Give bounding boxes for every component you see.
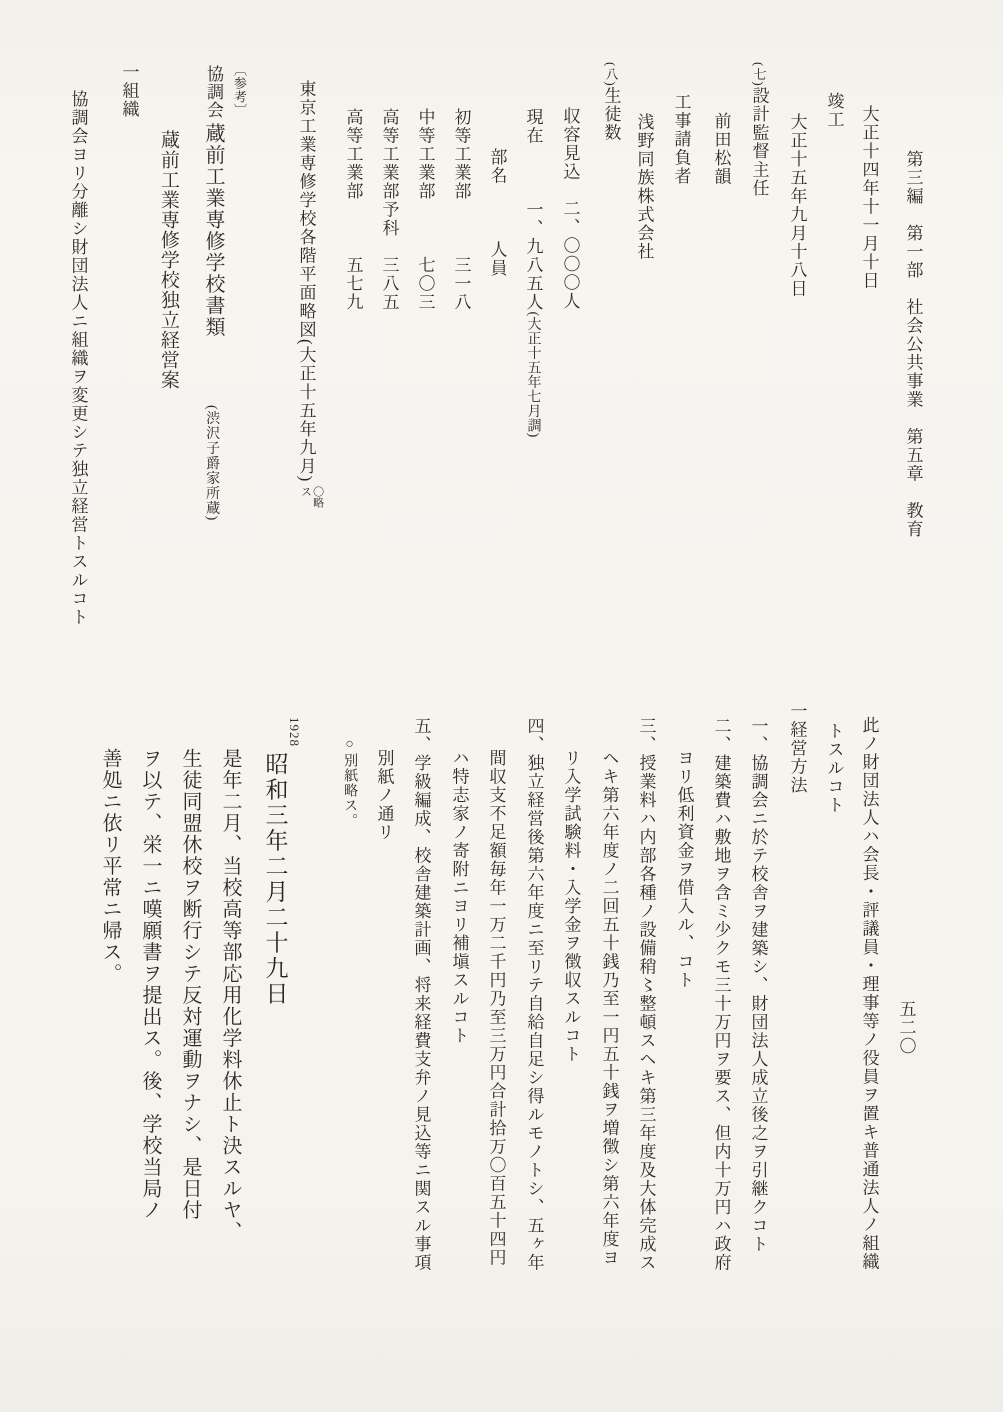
attachment-note: ○別紙略ス。 [341,737,357,828]
organization-text-2: 此ノ財団法人ハ会長・評議員・理事等ノ役員ヲ置キ普通法人ノ組織 [859,716,879,1271]
supervisor-number: (七) [752,62,767,87]
running-header: 第三編 第一部 社会公共事業 第五章 教育 [903,150,923,539]
management-item: 一、協調会ニ於テ校舎ヲ建築シ、財団法人成立後之ヲ引継クコト [748,717,768,1254]
supervisor-label: 設計監督主任 [750,87,769,198]
entry-line: 是年二月、当校高等部応用化学料休止ト決スルヤ、 [218,748,241,1243]
students-section-label: 生徒数 [602,87,621,143]
management-item: 三、授業料ハ内部各種ノ設備稍〻整頓スヘキ第三年度及大体完成ス [636,717,656,1272]
contractor-name: 浅野同族株式会社 [634,113,654,261]
management-item: ハ特志家ノ寄附ニヨリ補塡スルコト [449,749,469,1045]
table-row: 高等工業部 五七九 [343,108,363,312]
floorplan-note-left: ス [299,486,311,508]
organization-text-1: 協調会ヨリ分離シ財団法人ニ組織ヲ変更シテ独立経営トスルコト [68,90,88,627]
reference-org: 協調会 [204,65,223,119]
reference-doc-title: 蔵前工業専修学校書類 [202,123,224,338]
table-row: 初等工業部 三一八 [451,108,471,312]
reference-source: (渋沢子爵家所蔵) [203,405,219,521]
completion-label: 竣工 [824,92,844,129]
management-item: ヨリ低利資金ヲ借入ル、コト [674,749,694,990]
entry-line: 生徒同盟休校ヲ断行シテ反対運動ヲナシ、是日付 [178,748,201,1221]
floorplan-note-right: 〇略 [312,486,324,508]
management-item: ヘキ第六年度ノ二回五十銭乃至一円五十銭ヲ増徴シ第六年度ヨ [599,749,619,1267]
reference-title-column: 協調会蔵前工業専修学校書類 [201,65,224,338]
management-item: 間収支不足額毎年一万二千円乃至三万円合計拾万〇百五十四円 [486,749,506,1267]
entry-date: 昭和三年二月二十九日 [261,752,287,1007]
supervisor-name: 前田松韻 [711,112,731,186]
current-value: 現在 一、九八五人 [524,108,543,312]
management-item: 二、建築費ハ敷地ヲ含ミ少クモ三十万円ヲ要ス、但内十万円ハ政府 [711,717,731,1272]
entry-line: 善処ニ依リ平常ニ帰ス。 [98,748,121,985]
students-section-number: (八) [604,62,619,87]
management-item: 五、学級編成、校舎建築計画、将来経費支弁ノ見込等ニ関スル事項 [411,717,431,1272]
page-number: 五二〇 [896,1000,916,1056]
table-row: 中等工業部 七〇三 [415,108,435,312]
entry-line: ヲ以テ、栄一ニ嘆願書ヲ提出ス。後、学校当局ノ [138,748,161,1221]
floorplan-omitted-note: 〇略ス [299,486,323,508]
completion-date: 大正十五年九月十八日 [787,113,807,298]
organization-text-3: トスルコト [824,722,844,815]
plan-title: 蔵前工業専修学校独立経営案 [157,130,179,390]
year-label: 1928 [286,717,301,747]
management-item: 別紙ノ通リ [374,749,394,842]
contractor-label: 工事請負者 [671,93,691,186]
management-item: 四、独立経営後第六年度ニ至リテ自給自足シ得ルモノトシ、五ヶ年 [524,717,544,1272]
table-header: 部名 人員 [487,148,507,278]
management-item: リ入学試験料・入学金ヲ徴収スルコト [561,749,581,1064]
table-row: 高等工業部予科 三八五 [379,108,399,312]
capacity-line: 収容見込 二、〇〇〇人 [560,107,580,311]
organization-heading: 一組織 [119,63,139,119]
students-section: (八)生徒数 [601,62,621,142]
construction-start-date: 大正十四年十一月十日 [859,105,879,290]
current-note: (大正十五年七月調) [526,312,541,438]
management-heading: 一経営方法 [787,702,807,795]
floorplan-text: 東京工業専修学校各階平面略図(大正十五年九月) [297,80,316,483]
supervisor-item: (七)設計監督主任 [749,62,769,198]
document-page: 第三編 第一部 社会公共事業 第五章 教育 五二〇 大正十四年十一月十日 竣工 … [0,0,1003,1412]
reference-tag: 〔参考〕 [231,63,246,117]
current-line: 現在 一、九八五人(大正十五年七月調) [523,108,543,438]
floorplan-caption: 東京工業専修学校各階平面略図(大正十五年九月)〇略ス [296,80,324,508]
